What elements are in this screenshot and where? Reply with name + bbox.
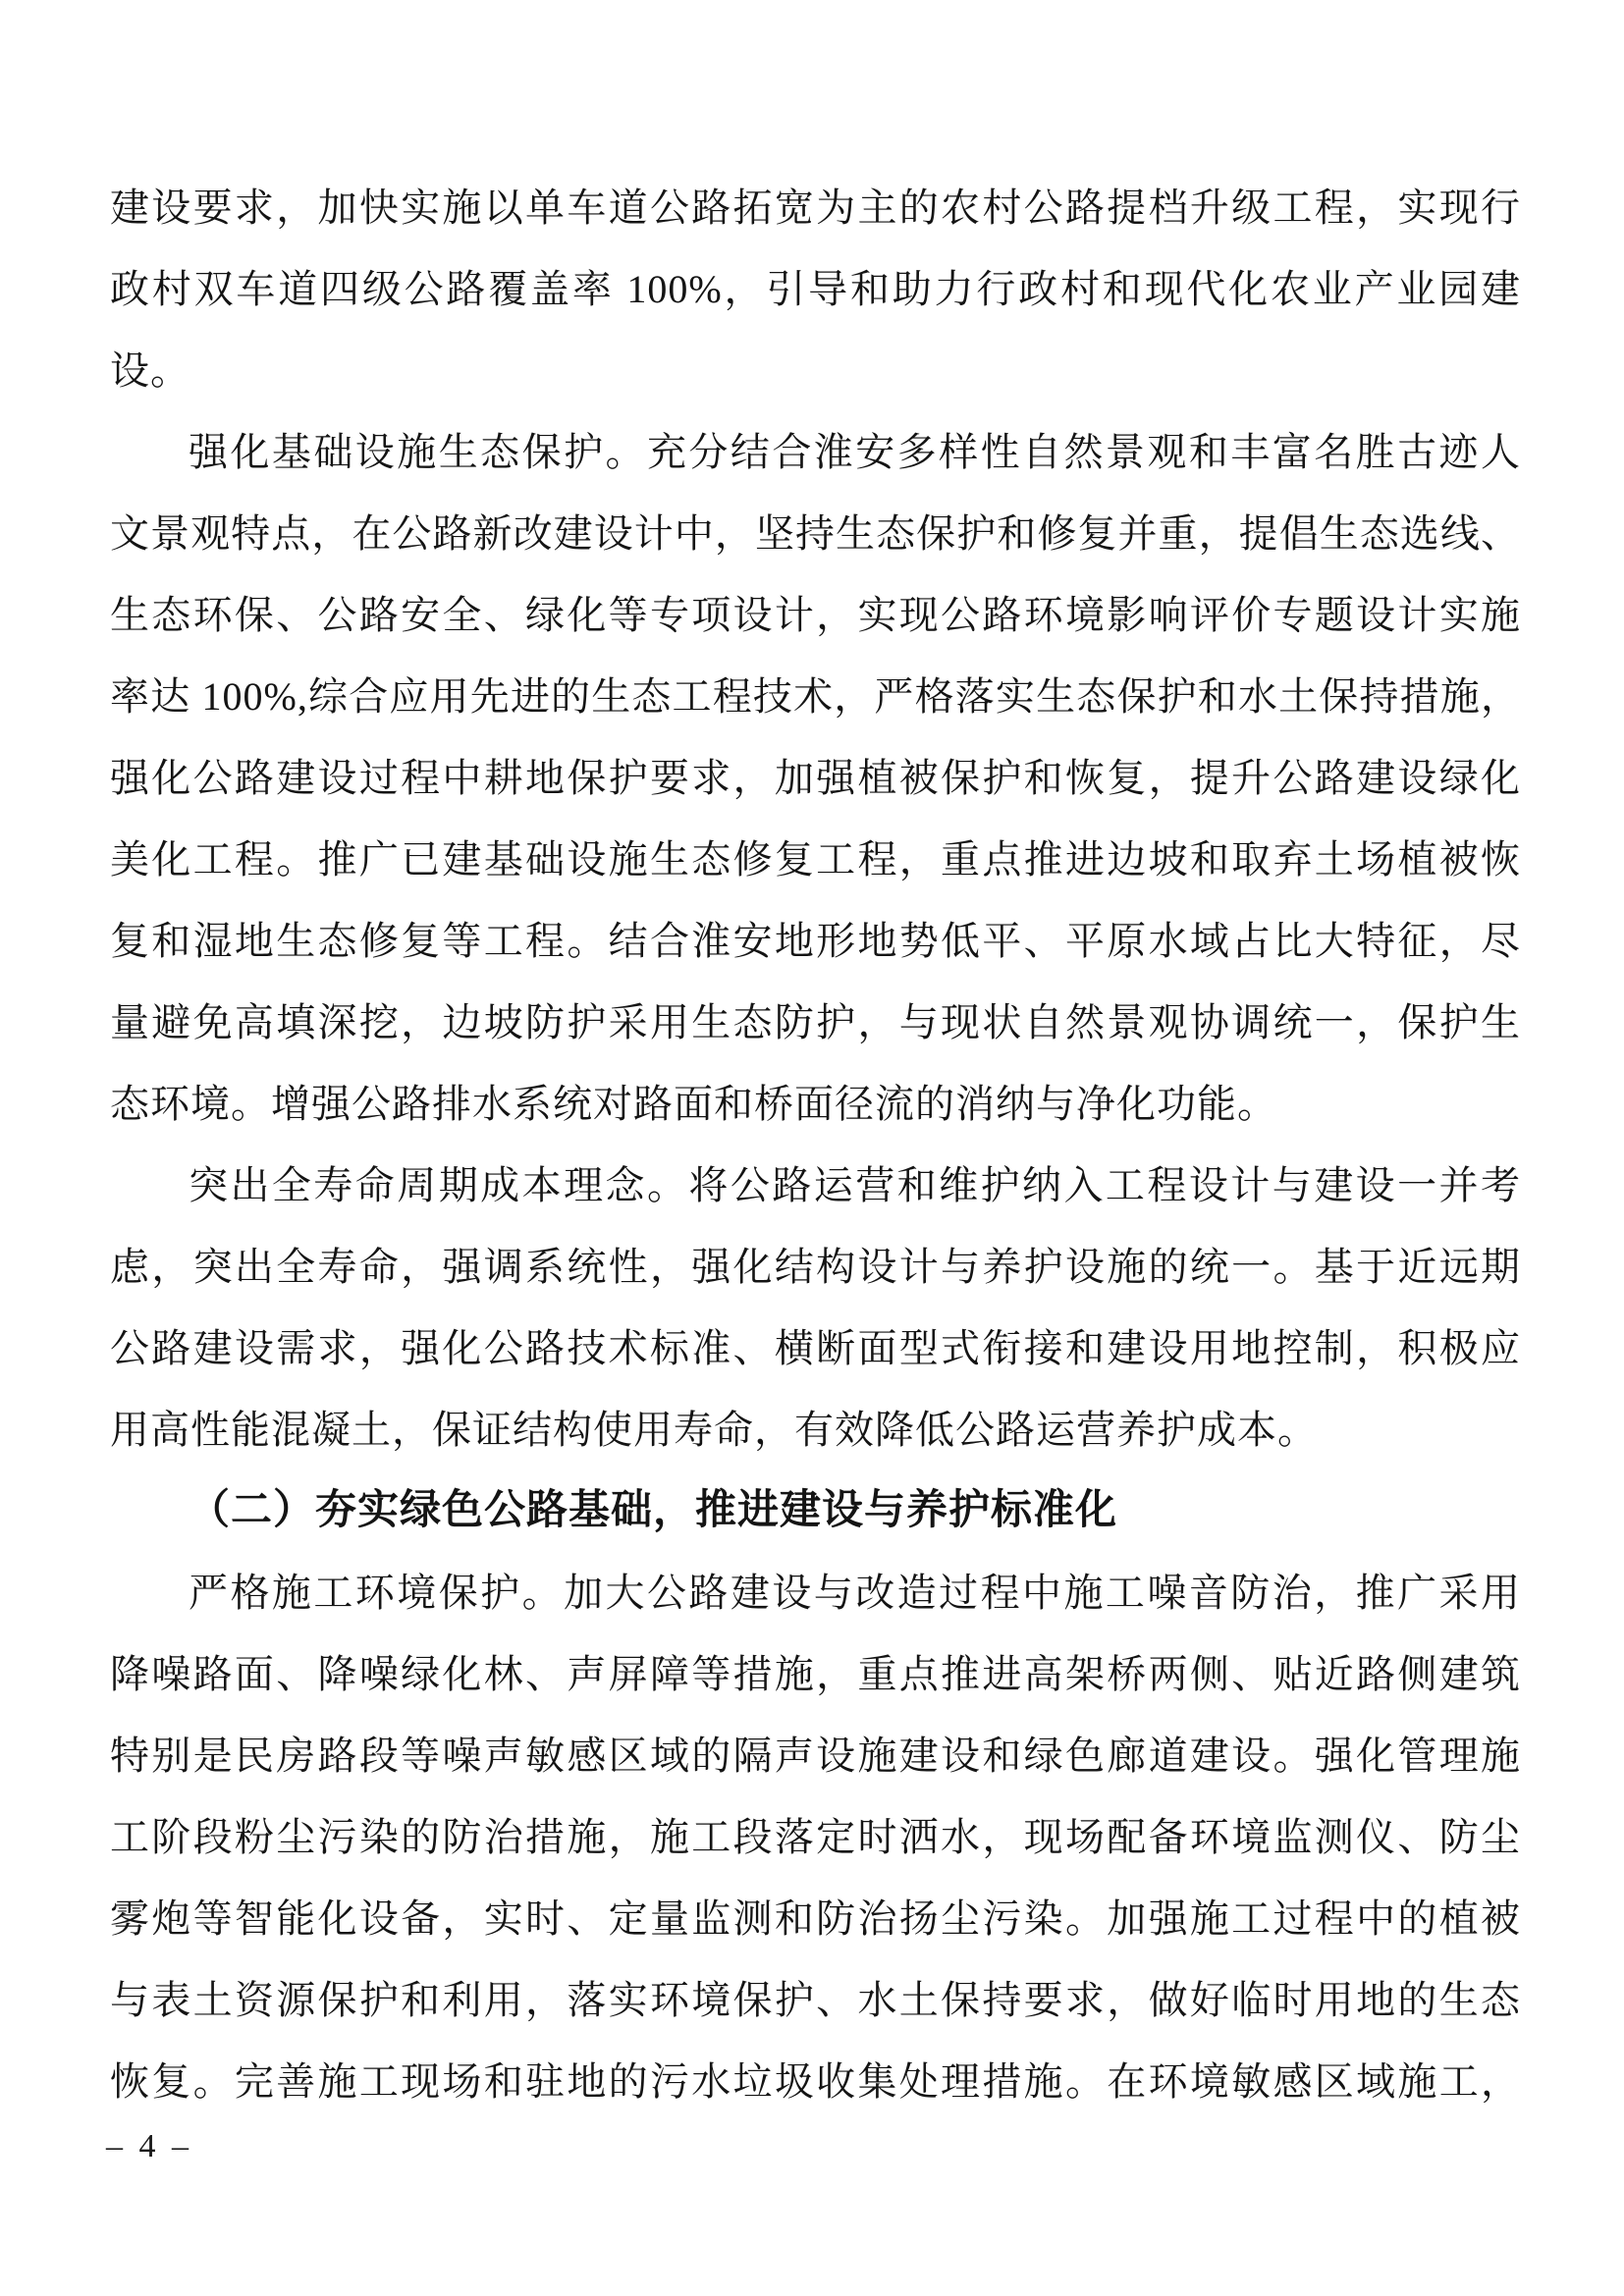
text-line: 公路建设需求，强化公路技术标准、横断面型式衔接和建设用地控制，积极应 (110, 1308, 1521, 1389)
text-line: 降噪路面、降噪绿化林、声屏障等措施，重点推进高架桥两侧、贴近路侧建筑 (110, 1633, 1521, 1715)
document-page: 建设要求，加快实施以单车道公路拓宽为主的农村公路提档升级工程，实现行政村双车道四… (0, 0, 1624, 2296)
page-number: – 4 – (106, 2128, 192, 2164)
para-lifecycle-cost-concept: 突出全寿命周期成本理念。将公路运营和维护纳入工程设计与建设一并考虑，突出全寿命，… (110, 1145, 1521, 1470)
text-line: 政村双车道四级公路覆盖率 100%，引导和助力行政村和现代化农业产业园建 (110, 248, 1521, 330)
text-line: 强化基础设施生态保护。充分结合淮安多样性自然景观和丰富名胜古迹人 (110, 411, 1521, 493)
para-construction-environment-protection: 严格施工环境保护。加大公路建设与改造过程中施工噪音防治，推广采用降噪路面、降噪绿… (110, 1552, 1521, 2122)
text-line: 态环境。增强公路排水系统对路面和桥面径流的消纳与净化功能。 (110, 1063, 1521, 1145)
text-line: 生态环保、公路安全、绿化等专项设计，实现公路环境影响评价专题设计实施 (110, 574, 1521, 656)
text-line: 恢复。完善施工现场和驻地的污水垃圾收集处理措施。在环境敏感区域施工， (110, 2041, 1521, 2122)
text-line: 建设要求，加快实施以单车道公路拓宽为主的农村公路提档升级工程，实现行 (110, 167, 1521, 248)
text-line: 工阶段粉尘污染的防治措施，施工段落定时洒水，现场配备环境监测仪、防尘 (110, 1796, 1521, 1878)
section-heading: （二）夯实绿色公路基础，推进建设与养护标准化 (110, 1470, 1521, 1552)
text-line: 强化公路建设过程中耕地保护要求，加强植被保护和恢复，提升公路建设绿化 (110, 737, 1521, 819)
text-line: 用高性能混凝土，保证结构使用寿命，有效降低公路运营养护成本。 (110, 1389, 1521, 1470)
text-line: 与表土资源保护和利用，落实环境保护、水土保持要求，做好临时用地的生态 (110, 1959, 1521, 2041)
text-line: 突出全寿命周期成本理念。将公路运营和维护纳入工程设计与建设一并考 (110, 1145, 1521, 1226)
text-line: 雾炮等智能化设备，实时、定量监测和防治扬尘污染。加强施工过程中的植被 (110, 1878, 1521, 1959)
heading-line: （二）夯实绿色公路基础，推进建设与养护标准化 (110, 1470, 1521, 1552)
text-line: 量避免高填深挖，边坡防护采用生态防护，与现状自然景观协调统一，保护生 (110, 982, 1521, 1063)
document-body: 建设要求，加快实施以单车道公路拓宽为主的农村公路提档升级工程，实现行政村双车道四… (110, 167, 1521, 2122)
text-line: 文景观特点，在公路新改建设计中，坚持生态保护和修复并重，提倡生态选线、 (110, 493, 1521, 574)
text-line: 虑，突出全寿命，强调系统性，强化结构设计与养护设施的统一。基于近远期 (110, 1226, 1521, 1308)
page-footer: – 4 – (106, 2128, 192, 2165)
text-line: 美化工程。推广已建基础设施生态修复工程，重点推进边坡和取弃土场植被恢 (110, 819, 1521, 900)
text-line: 率达 100%,综合应用先进的生态工程技术，严格落实生态保护和水土保持措施， (110, 656, 1521, 737)
text-line: 设。 (110, 330, 1521, 411)
text-line: 复和湿地生态修复等工程。结合淮安地形地势低平、平原水域占比大特征，尽 (110, 900, 1521, 982)
text-line: 特别是民房路段等噪声敏感区域的隔声设施建设和绿色廊道建设。强化管理施 (110, 1715, 1521, 1796)
text-line: 严格施工环境保护。加大公路建设与改造过程中施工噪音防治，推广采用 (110, 1552, 1521, 1633)
para-rural-road-upgrade-continued: 建设要求，加快实施以单车道公路拓宽为主的农村公路提档升级工程，实现行政村双车道四… (110, 167, 1521, 411)
para-infrastructure-eco-protection: 强化基础设施生态保护。充分结合淮安多样性自然景观和丰富名胜古迹人文景观特点，在公… (110, 411, 1521, 1145)
